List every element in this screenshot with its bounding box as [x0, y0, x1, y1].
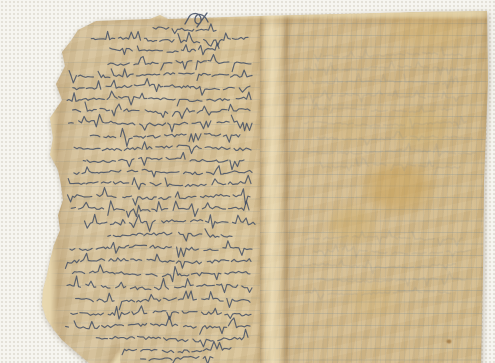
letter-sheet [0, 0, 495, 363]
squared-grid-right-page [260, 0, 495, 363]
right-edge [473, 0, 491, 363]
fold-crease [256, 0, 294, 363]
torn-left-edge [38, 0, 86, 363]
photo-background: Scanned photograph of an aged letter she… [0, 0, 495, 363]
top-edge [0, 8, 495, 28]
paper-shadow-wrap [0, 0, 495, 363]
bottom-left-cut-edge [50, 323, 120, 363]
